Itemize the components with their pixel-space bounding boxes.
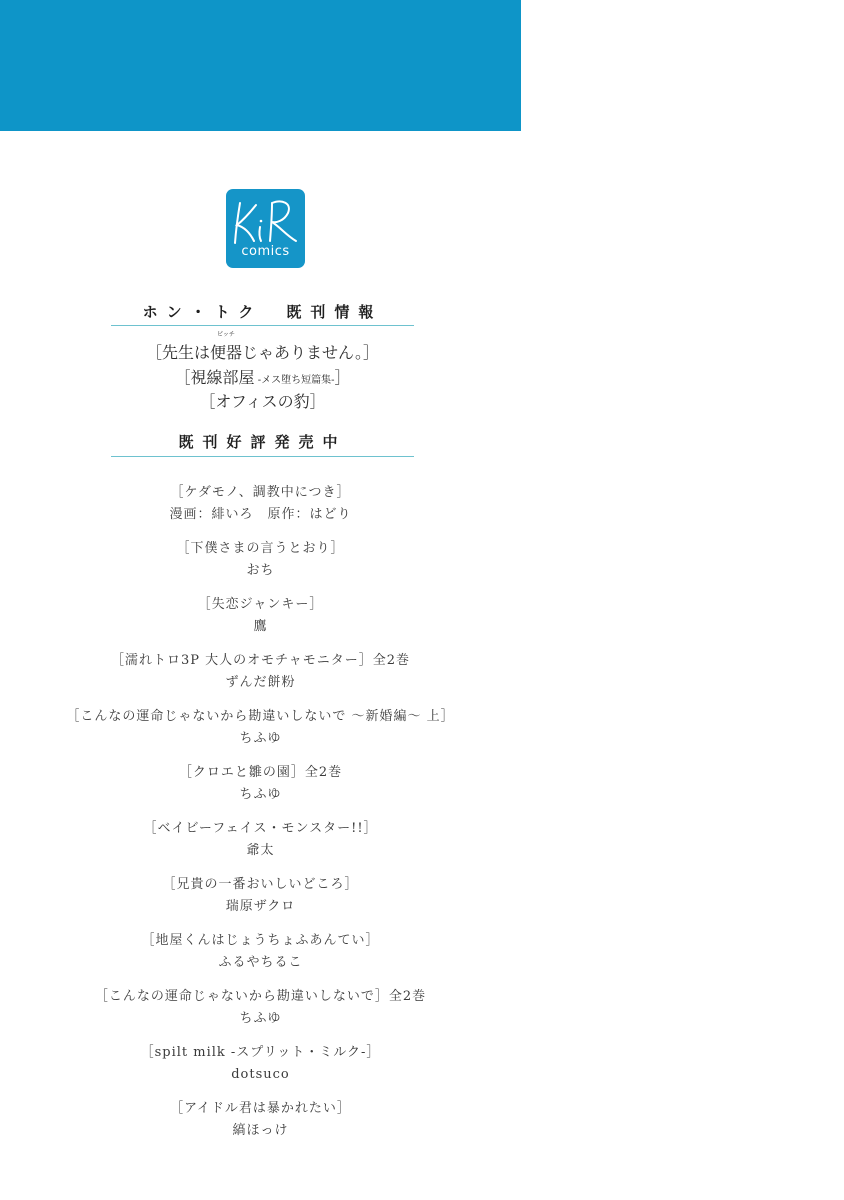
book-author: ふるやちるこ (0, 952, 521, 974)
book-author: ちふゆ (0, 728, 521, 750)
featured-title-suffix: じゃありません。］ (242, 343, 379, 362)
book-entry: ［こんなの運命じゃないから勘違いしないで］全2巻 ちふゆ (0, 986, 521, 1030)
book-entry: ［下僕さまの言うとおり］ おち (0, 538, 521, 582)
book-entry: ［濡れトロ3P 大人のオモチャモニター］全2巻 ずんだ餅粉 (0, 650, 521, 694)
featured-title-close: ］ (334, 368, 350, 387)
book-title: ［ケダモノ、調教中につき］ (0, 482, 521, 504)
book-title: ［こんなの運命じゃないから勘違いしないで］全2巻 (0, 986, 521, 1008)
book-title: ［アイドル君は暴かれたい］ (0, 1098, 521, 1120)
book-author: 瑞原ザクロ (0, 896, 521, 918)
featured-title-main: ［視線部屋 (175, 368, 255, 387)
book-title: ［濡れトロ3P 大人のオモチャモニター］全2巻 (0, 650, 521, 672)
book-title: ［こんなの運命じゃないから勘違いしないで ～新婚編～ 上］ (0, 706, 521, 728)
book-title: ［兄貴の一番おいしいどころ］ (0, 874, 521, 896)
book-title: ［spilt milk -スプリット・ミルク-］ (0, 1042, 521, 1064)
book-entry: ［クロエと雛の園］全2巻 ちふゆ (0, 762, 521, 806)
book-author: dotsuco (0, 1064, 521, 1086)
book-title: ［クロエと雛の園］全2巻 (0, 762, 521, 784)
featured-title-subtitle: -メス堕ち短篇集- (255, 375, 335, 386)
book-author: 鷹 (0, 616, 521, 638)
book-entry: ［アイドル君は暴かれたい］ 縞ほっけ (0, 1098, 521, 1142)
ruby-base: 便器 (210, 343, 242, 362)
book-author: おち (0, 560, 521, 582)
book-title: ［失恋ジャンキー］ (0, 594, 521, 616)
section-divider (111, 456, 414, 457)
top-color-band (0, 0, 521, 131)
kir-comics-logo: comics (226, 189, 305, 268)
book-entry: ［失恋ジャンキー］ 鷹 (0, 594, 521, 638)
section-heading-backlist: 既刊好評発売中 (111, 431, 414, 452)
book-title: ［ベイビーフェイス・モンスター!!］ (0, 818, 521, 840)
book-entry: ［地屋くんはじょうちょふあんてい］ ふるやちるこ (0, 930, 521, 974)
book-title: ［地屋くんはじょうちょふあんてい］ (0, 930, 521, 952)
book-title: ［下僕さまの言うとおり］ (0, 538, 521, 560)
book-entry: ［ケダモノ、調教中につき］ 漫画：緋いろ 原作：はどり (0, 482, 521, 526)
book-author: 爺太 (0, 840, 521, 862)
logo-comics-label: comics (226, 245, 305, 259)
book-author: ずんだ餅粉 (0, 672, 521, 694)
book-entry: ［spilt milk -スプリット・ミルク-］ dotsuco (0, 1042, 521, 1086)
ruby-annotation: ビッチ便器 (210, 340, 242, 365)
featured-title: ［オフィスの豹］ (111, 389, 414, 414)
book-author: ちふゆ (0, 1008, 521, 1030)
featured-title-prefix: ［先生は (146, 343, 210, 362)
book-author: ちふゆ (0, 784, 521, 806)
book-entry: ［こんなの運命じゃないから勘違いしないで ～新婚編～ 上］ ちふゆ (0, 706, 521, 750)
book-entry: ［ベイビーフェイス・モンスター!!］ 爺太 (0, 818, 521, 862)
book-author: 縞ほっけ (0, 1120, 521, 1142)
ruby-text: ビッチ (210, 332, 242, 338)
featured-title: ［先生はビッチ便器じゃありません。］ (111, 340, 414, 365)
book-entry: ［兄貴の一番おいしいどころ］ 瑞原ザクロ (0, 874, 521, 918)
section-divider (111, 325, 414, 326)
section-heading-hontoku: ホン・トク 既刊情報 (111, 301, 414, 322)
book-author: 漫画：緋いろ 原作：はどり (0, 504, 521, 526)
